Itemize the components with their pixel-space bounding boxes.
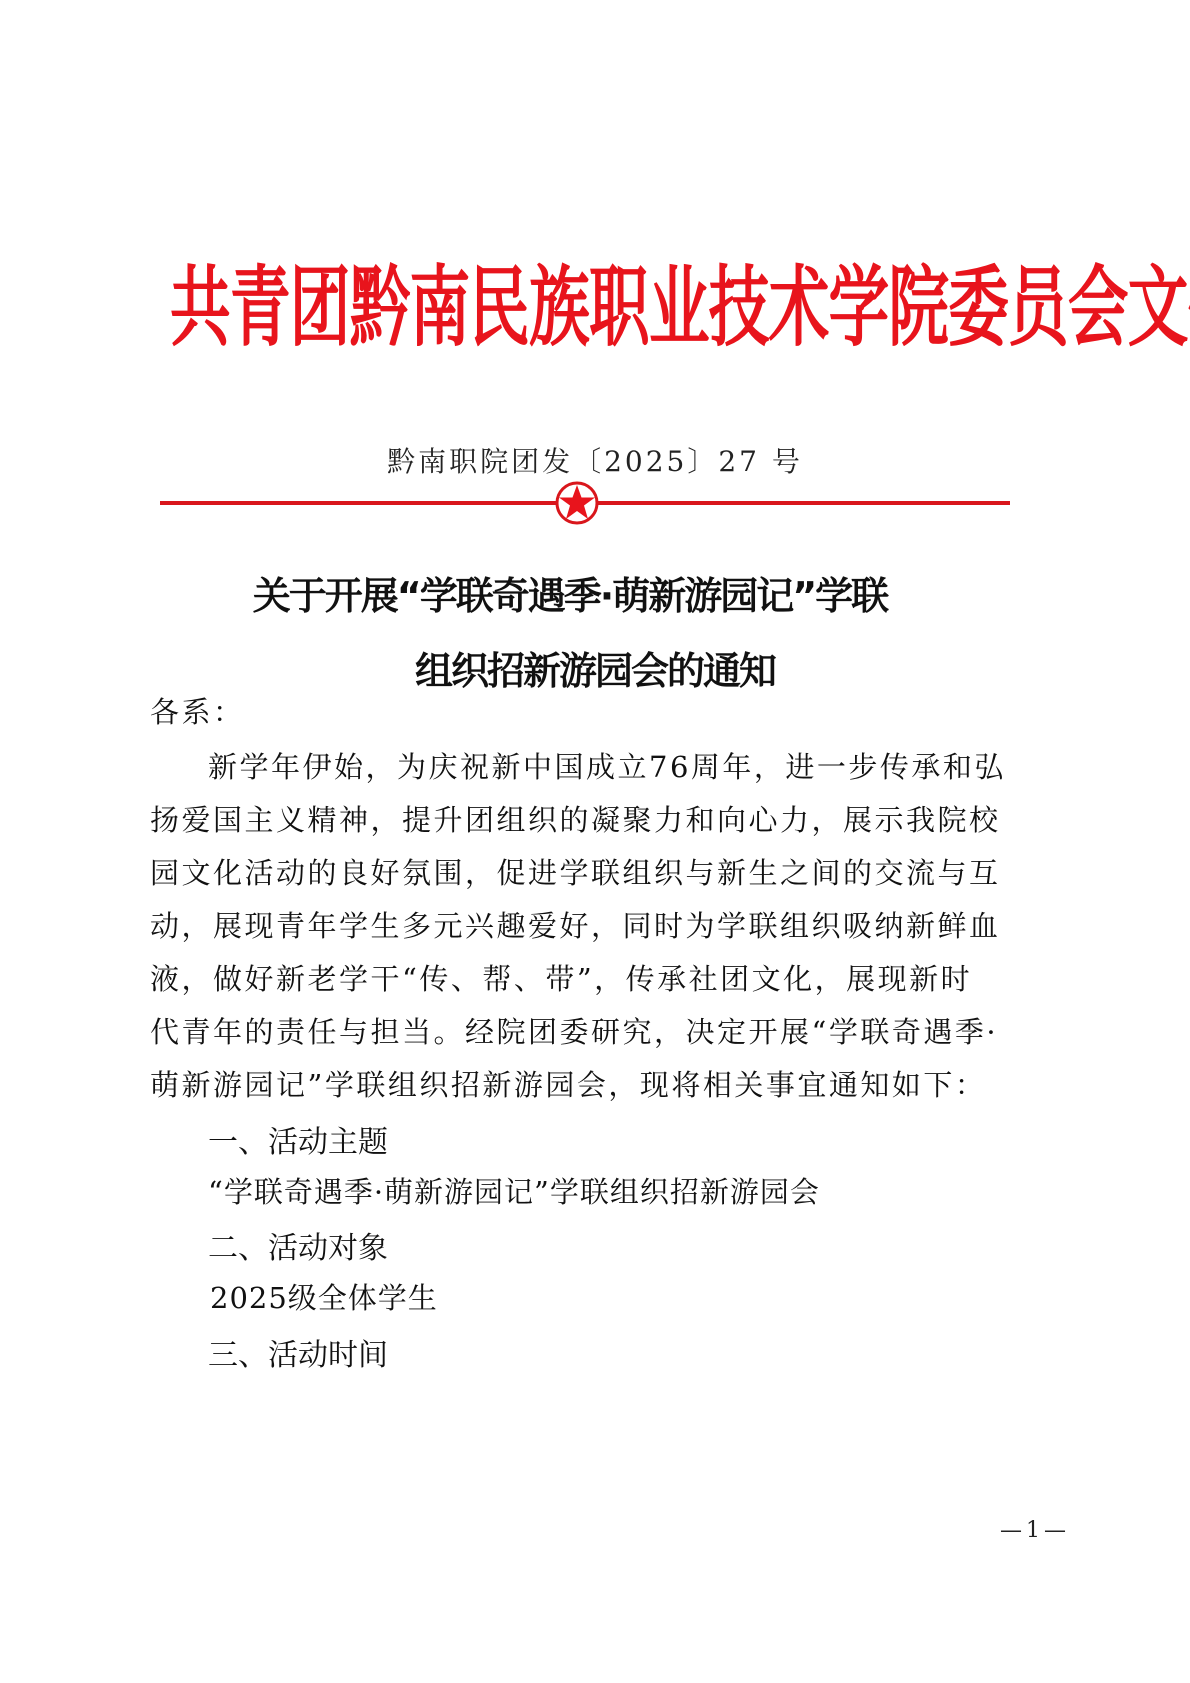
- section-heading-time: 三、活动时间: [208, 1330, 388, 1374]
- paragraph-line: 动，展现青年学生多元兴趣爱好，同时为学联组织吸纳新鲜血: [150, 904, 1001, 945]
- paragraph-line: 扬爱国主义精神，提升团组织的凝聚力和向心力，展示我院校: [150, 798, 1001, 839]
- issuer-header-title: 共青团黔南民族职业技术学院委员会文件: [170, 225, 867, 390]
- paragraph-line: 代青年的责任与担当。经院团委研究，决定开展“学联奇遇季·: [150, 1010, 998, 1051]
- paragraph-line: 萌新游园记”学联组织招新游园会，现将相关事宜通知如下：: [150, 1063, 986, 1104]
- section-content-theme: “学联奇遇季·萌新游园记”学联组织招新游园会: [208, 1170, 820, 1211]
- notice-title-line-2: 组织招新游园会的通知: [0, 640, 1190, 695]
- section-content-audience: 2025级全体学生: [210, 1276, 438, 1317]
- section-heading-audience: 二、活动对象: [208, 1223, 388, 1267]
- section-heading-theme: 一、活动主题: [208, 1117, 388, 1161]
- paragraph-line: 园文化活动的良好氛围，促进学联组织与新生之间的交流与互: [150, 851, 1001, 892]
- document-number: 黔南职院团发〔2025〕27 号: [0, 440, 1190, 480]
- page-number: —1—: [1000, 1518, 1070, 1543]
- paragraph-line: 新学年伊始，为庆祝新中国成立76周年，进一步传承和弘: [208, 745, 1006, 786]
- notice-title-line-1: 关于开展“学联奇遇季·萌新游园记”学联: [0, 565, 1165, 620]
- salutation: 各系：: [150, 690, 245, 731]
- red-star-circle-icon: [554, 480, 600, 526]
- paragraph-line: 液，做好新老学干“传、帮、带”，传承社团文化，展现新时: [150, 957, 972, 998]
